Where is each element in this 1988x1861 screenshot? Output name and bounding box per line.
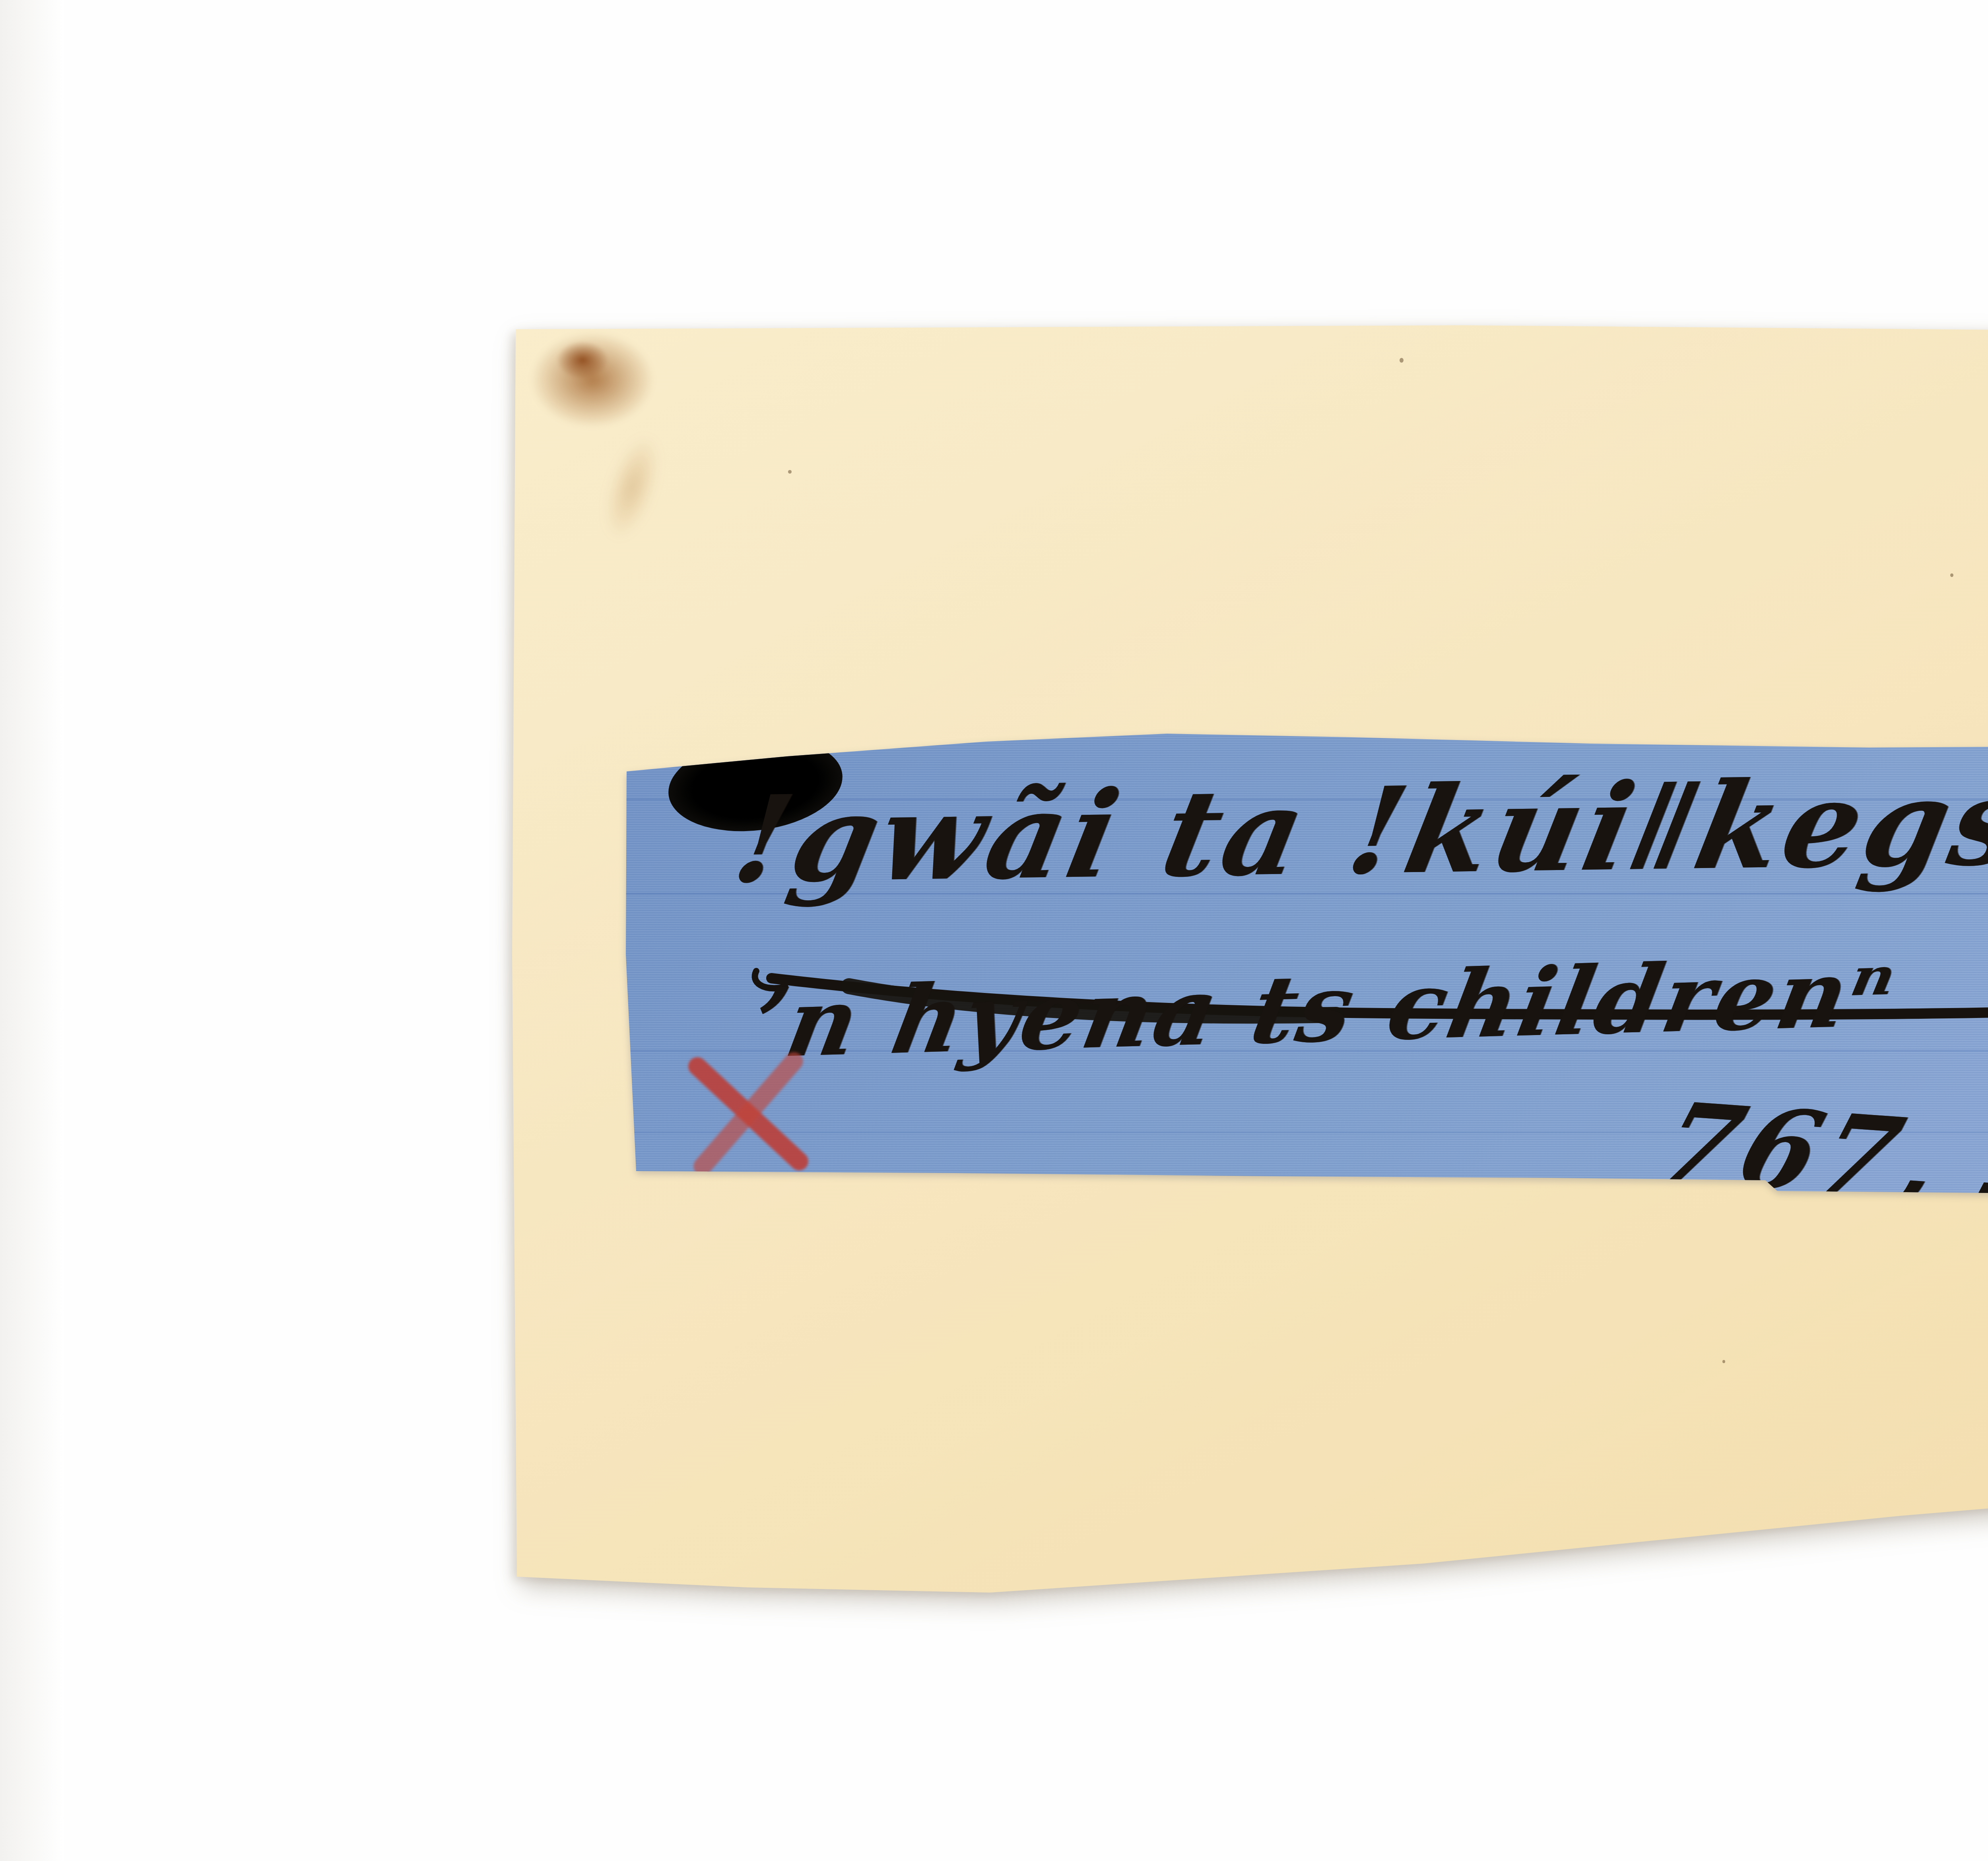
- backdrop-shadow-band-left: [0, 0, 64, 1861]
- blue-paper-slip: !gwãi ta !kúiǁkegs ka !kũ ʼn hyena ts ch…: [620, 732, 1988, 1225]
- rust-stain-top-left: [531, 332, 654, 427]
- paper-speck: [1722, 1360, 1725, 1363]
- paper-speck: [788, 470, 792, 474]
- cream-archive-card: !gwãi ta !kúiǁkegs ka !kũ ʼn hyena ts ch…: [509, 318, 1988, 1599]
- photograph-of-archival-card: !gwãi ta !kúiǁkegs ka !kũ ʼn hyena ts ch…: [0, 0, 1988, 1861]
- catalog-number: 767, 3!: [1646, 1078, 1988, 1237]
- paper-speck: [1950, 573, 1953, 577]
- paper-speck: [1400, 358, 1404, 363]
- transcription-line-1: !gwãi ta !kúiǁkegs ka !kũ: [724, 745, 1988, 910]
- rust-streak: [595, 429, 670, 545]
- red-crayon-x-mark: [672, 1038, 823, 1189]
- rust-stain-core: [557, 341, 608, 379]
